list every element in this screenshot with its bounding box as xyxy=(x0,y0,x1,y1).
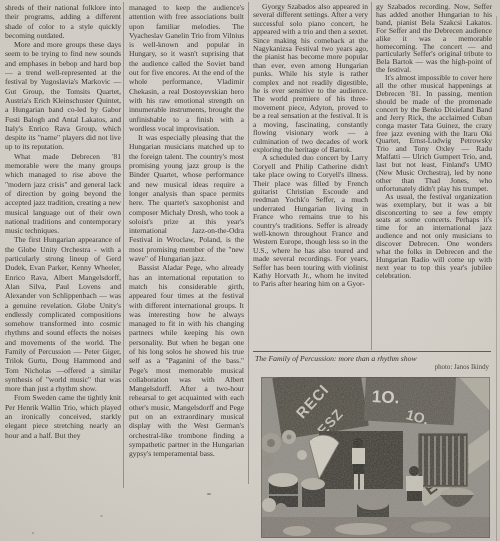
paper-speck xyxy=(148,424,150,426)
column-rule-3 xyxy=(371,2,372,350)
article-column-4: gy Szabados recording. Now, Seffer has a… xyxy=(376,3,492,280)
caption-divider xyxy=(253,351,491,352)
article-column-1: shreds of their national folklore into t… xyxy=(5,3,121,440)
paper-speck xyxy=(32,532,34,534)
newspaper-clipping: shreds of their national folklore into t… xyxy=(0,0,500,541)
article-paragraph: It was especially pleasing that the Hung… xyxy=(129,133,244,263)
article-column-2: managed to keep the audience's attention… xyxy=(129,3,244,459)
article-paragraph: It's almost impossible to cover here all… xyxy=(376,74,492,193)
photo-grain xyxy=(261,377,490,538)
article-paragraph: managed to keep the audience's attention… xyxy=(129,3,244,133)
article-paragraph: As usual, the festival organization was … xyxy=(376,193,492,280)
paper-speck xyxy=(100,515,103,517)
article-paragraph: shreds of their national folklore into t… xyxy=(5,3,121,40)
photo-credit: photo: Janos Ikindy xyxy=(255,364,489,372)
photo-family-of-percussion: RECI ESZ 1O. 1O. EBAD DEBRECENI xyxy=(261,377,490,538)
column-rule-1 xyxy=(123,2,124,488)
column-rule-2 xyxy=(248,2,249,484)
article-paragraph: The first Hungarian appearance of the Gl… xyxy=(5,235,121,393)
article-paragraph: Bassist Aladar Pege, who already has an … xyxy=(129,263,244,458)
article-paragraph: From Sweden came the tightly knit Per He… xyxy=(5,393,121,439)
article-paragraph: More and more groups these days seem to … xyxy=(5,40,121,152)
article-paragraph: What made Debrecen '81 memorable were th… xyxy=(5,152,121,236)
article-column-3: Gyorgy Szabados also appeared in several… xyxy=(253,3,368,289)
article-paragraph: A scheduled duo concert by Larry Coryell… xyxy=(253,154,368,289)
page-edge-rule xyxy=(496,16,497,541)
photo-caption: The Family of Percussion: more than a rh… xyxy=(255,354,493,363)
article-paragraph: Gyorgy Szabados also appeared in several… xyxy=(253,3,368,154)
paper-speck xyxy=(207,493,211,495)
photo-stage-scene: RECI ESZ 1O. 1O. EBAD DEBRECENI xyxy=(261,377,490,538)
article-paragraph: gy Szabados recording. Now, Seffer has a… xyxy=(376,3,492,74)
